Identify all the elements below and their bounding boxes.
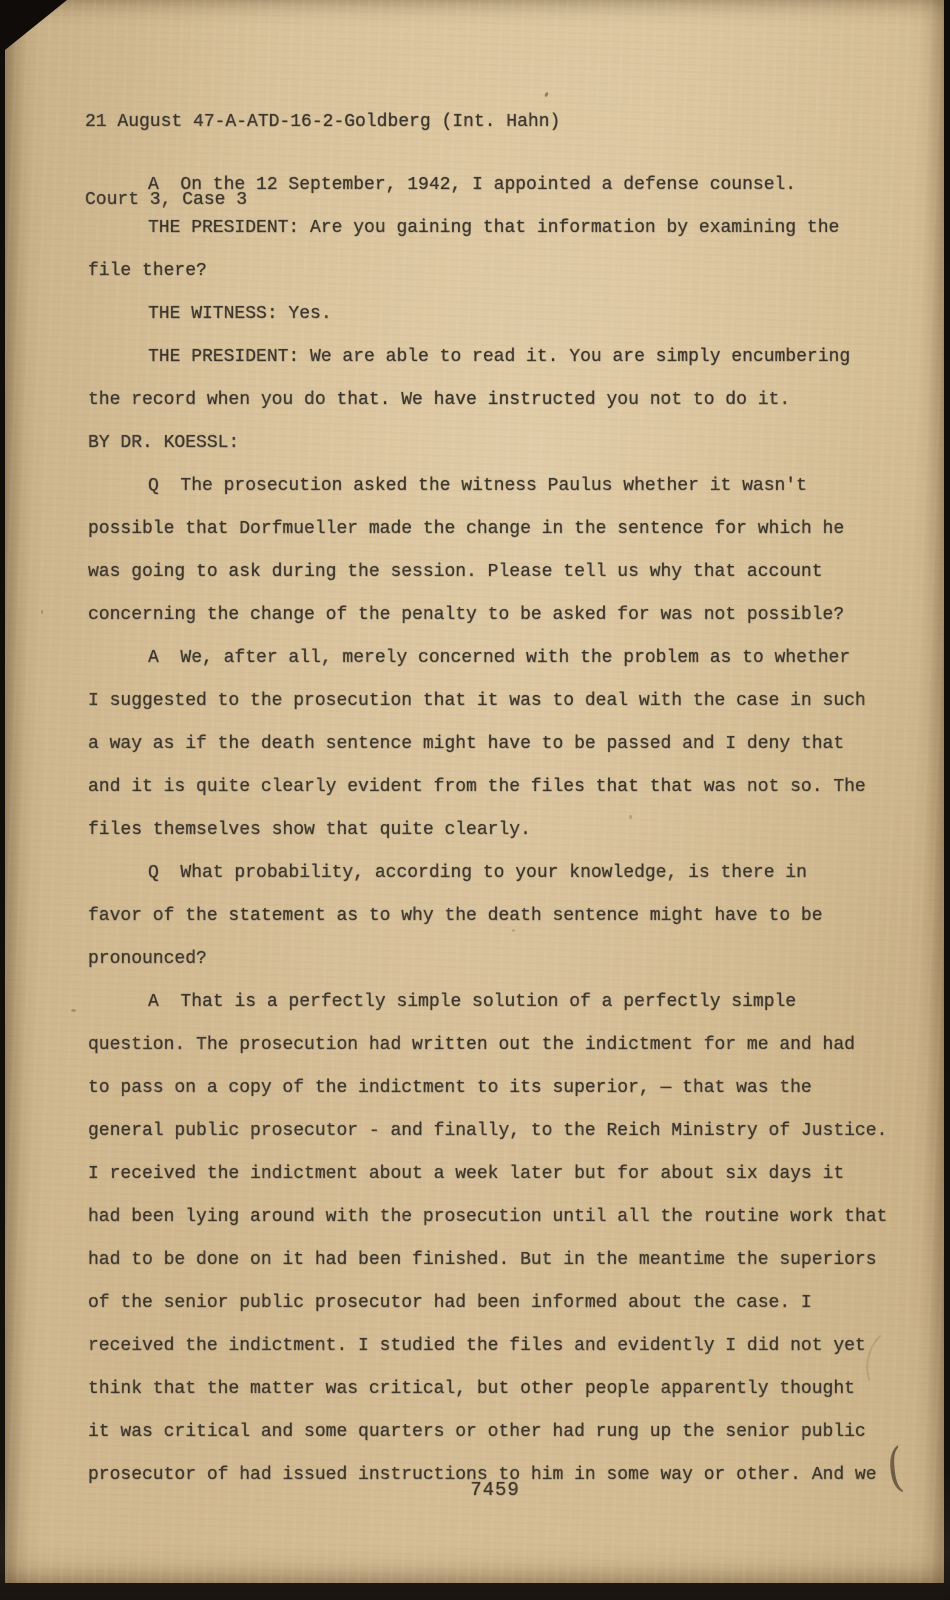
transcript-line: to pass on a copy of the indictment to i… — [88, 1067, 888, 1110]
scan-speck — [41, 610, 43, 614]
transcript-line: had been lying around with the prosecuti… — [88, 1196, 888, 1239]
transcript-line: A That is a perfectly simple solution of… — [88, 981, 888, 1024]
transcript-line: THE PRESIDENT: We are able to read it. Y… — [88, 336, 888, 379]
transcript-line: received the indictment. I studied the f… — [88, 1325, 888, 1368]
transcript-line: question. The prosecution had written ou… — [88, 1024, 888, 1067]
page-number: 7459 — [445, 1479, 545, 1501]
transcript-line: BY DR. KOESSL: — [88, 422, 888, 465]
transcript-line: pronounced? — [88, 938, 888, 981]
transcript-line: concerning the change of the penalty to … — [88, 594, 888, 637]
transcript-line: Q The prosecution asked the witness Paul… — [88, 465, 888, 508]
transcript-line: A We, after all, merely concerned with t… — [88, 637, 888, 680]
transcript-line: it was critical and some quarters or oth… — [88, 1411, 888, 1454]
transcript-line: had to be done on it had been finished. … — [88, 1239, 888, 1282]
transcript-line: Q What probability, according to your kn… — [88, 852, 888, 895]
scan-speck — [512, 929, 515, 932]
scan-speck — [629, 815, 632, 819]
transcript-line: file there? — [88, 250, 888, 293]
scanned-page: 21 August 47-A-ATD-16-2-Goldberg (Int. H… — [0, 0, 950, 1600]
transcript-line: of the senior public prosecutor had been… — [88, 1282, 888, 1325]
transcript-body: A On the 12 September, 1942, I appointed… — [88, 164, 888, 1497]
transcript-line: think that the matter was critical, but … — [88, 1368, 888, 1411]
transcript-line: I suggested to the prosecution that it w… — [88, 680, 888, 723]
transcript-line: files themselves show that quite clearly… — [88, 809, 888, 852]
transcript-line: I received the indictment about a week l… — [88, 1153, 888, 1196]
paper-sheet: 21 August 47-A-ATD-16-2-Goldberg (Int. H… — [5, 0, 944, 1583]
transcript-line: THE PRESIDENT: Are you gaining that info… — [88, 207, 888, 250]
transcript-line: possible that Dorfmueller made the chang… — [88, 508, 888, 551]
transcript-line: was going to ask during the session. Ple… — [88, 551, 888, 594]
transcript-line: THE WITNESS: Yes. — [88, 293, 888, 336]
transcript-line: A On the 12 September, 1942, I appointed… — [88, 164, 888, 207]
transcript-line: general public prosecutor - and finally,… — [88, 1110, 888, 1153]
transcript-line: a way as if the death sentence might hav… — [88, 723, 888, 766]
transcript-line: and it is quite clearly evident from the… — [88, 766, 888, 809]
transcript-line: the record when you do that. We have ins… — [88, 379, 888, 422]
scan-speck — [71, 1009, 76, 1012]
transcript-line: favor of the statement as to why the dea… — [88, 895, 888, 938]
header-dossier-line: 21 August 47-A-ATD-16-2-Goldberg (Int. H… — [85, 109, 560, 135]
